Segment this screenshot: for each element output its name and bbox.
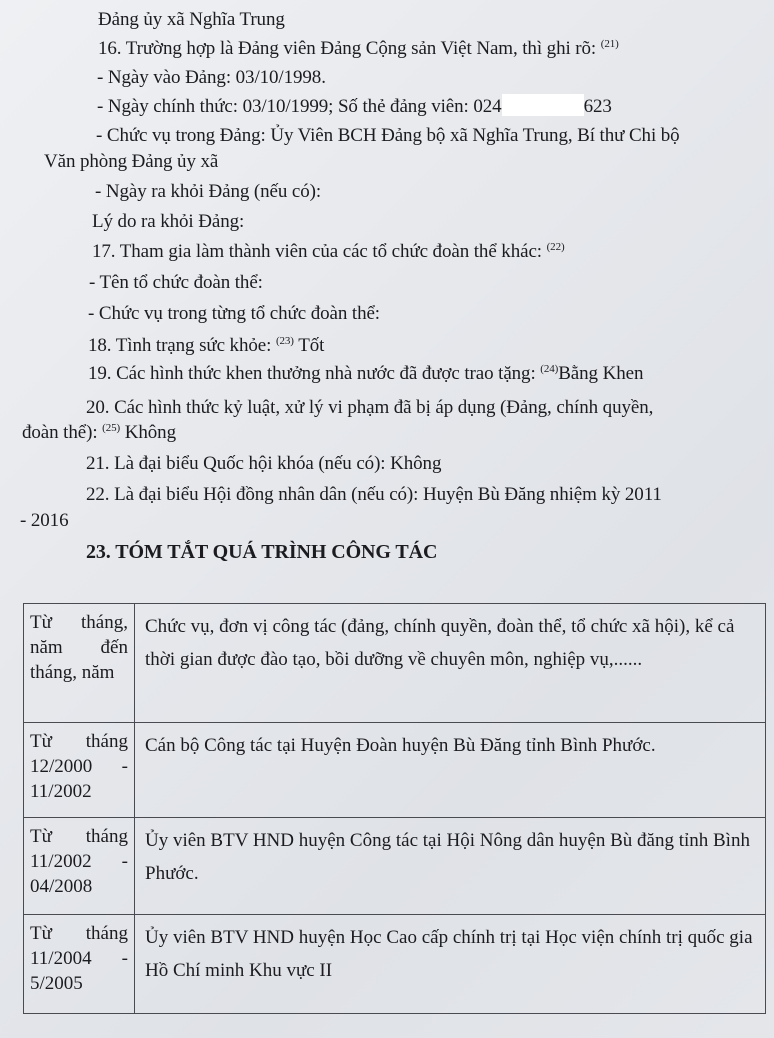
table-row: Từ tháng 11/2004 - 5/2005 Ủy viên BTV HN… xyxy=(24,915,766,1014)
item-20-line-2: đoàn thể): (25) Không xyxy=(22,421,176,445)
leave-date-line: - Ngày ra khỏi Đảng (nếu có): xyxy=(95,180,321,204)
item-17-line: 17. Tham gia làm thành viên của các tổ c… xyxy=(92,240,565,264)
table-row: Từ tháng 12/2000 - 11/2002 Cán bộ Công t… xyxy=(24,723,766,818)
description-cell: Cán bộ Công tác tại Huyện Đoàn huyện Bù … xyxy=(135,723,766,818)
table-row: Từ tháng 11/2002 - 04/2008 Ủy viên BTV H… xyxy=(24,818,766,915)
official-date-line: - Ngày chính thức: 03/10/1999; Số thẻ đả… xyxy=(97,94,612,119)
description-text: Ủy viên BTV HND huyện Học Cao cấp chính … xyxy=(145,927,753,981)
party-committee-line: Đảng ủy xã Nghĩa Trung xyxy=(98,8,285,32)
header-period-cell: Từ tháng, năm đến tháng, năm xyxy=(24,604,135,723)
description-cell: Ủy viên BTV HND huyện Học Cao cấp chính … xyxy=(135,915,766,1014)
item-21-line: 21. Là đại biểu Quốc hội khóa (nếu có): … xyxy=(86,452,441,476)
item-20-text: đoàn thể): xyxy=(22,422,98,443)
card-number-suffix: 623 xyxy=(584,96,612,117)
party-position-line-1: - Chức vụ trong Đảng: Ủy Viên BCH Đảng b… xyxy=(96,124,680,148)
period-cell: Từ tháng 11/2002 - 04/2008 xyxy=(24,818,135,915)
period-cell: Từ tháng 11/2004 - 5/2005 xyxy=(24,915,135,1014)
org-name-line: - Tên tổ chức đoàn thể: xyxy=(89,271,263,295)
item-19-line: 19. Các hình thức khen thưởng nhà nước đ… xyxy=(88,362,643,386)
join-date-line: - Ngày vào Đảng: 03/10/1998. xyxy=(97,66,326,90)
period-text: Từ tháng 11/2004 - 5/2005 xyxy=(30,921,128,996)
redacted-card-number xyxy=(502,94,584,116)
description-cell: Ủy viên BTV HND huyện Công tác tại Hội N… xyxy=(135,818,766,915)
description-text: Ủy viên BTV HND huyện Công tác tại Hội N… xyxy=(145,830,750,884)
footnote-21: (21) xyxy=(601,38,619,50)
section-23-heading: 23. TÓM TẮT QUÁ TRÌNH CÔNG TÁC xyxy=(86,540,437,564)
health-status-value: Tốt xyxy=(298,335,324,356)
item-19-text: 19. Các hình thức khen thưởng nhà nước đ… xyxy=(88,363,536,384)
item-17-text: 17. Tham gia làm thành viên của các tổ c… xyxy=(92,241,542,262)
period-text: Từ tháng 11/2002 - 04/2008 xyxy=(30,824,128,899)
description-text: Cán bộ Công tác tại Huyện Đoàn huyện Bù … xyxy=(145,735,656,756)
official-date-text: - Ngày chính thức: 03/10/1999; Số thẻ đả… xyxy=(97,96,502,117)
footnote-24: (24) xyxy=(540,363,558,375)
footnote-22: (22) xyxy=(547,241,565,253)
item-22-line-2: - 2016 xyxy=(20,509,68,533)
header-description-cell: Chức vụ, đơn vị công tác (đảng, chính qu… xyxy=(135,604,766,723)
item-20-line-1: 20. Các hình thức kỷ luật, xử lý vi phạm… xyxy=(86,396,653,420)
item-18-text: 18. Tình trạng sức khỏe: xyxy=(88,335,271,356)
discipline-value: Không xyxy=(125,422,176,443)
item-16-line: 16. Trường hợp là Đảng viên Đảng Cộng sả… xyxy=(98,37,619,61)
item-18-line: 18. Tình trạng sức khỏe: (23) Tốt xyxy=(88,334,324,358)
org-position-line: - Chức vụ trong từng tổ chức đoàn thể: xyxy=(88,302,380,326)
award-value: Bằng Khen xyxy=(558,363,643,384)
table-header-row: Từ tháng, năm đến tháng, năm Chức vụ, đơ… xyxy=(24,604,766,723)
work-history-table: Từ tháng, năm đến tháng, năm Chức vụ, đơ… xyxy=(23,603,766,1014)
header-description-text: Chức vụ, đơn vị công tác (đảng, chính qu… xyxy=(145,616,734,670)
leave-reason-line: Lý do ra khỏi Đảng: xyxy=(92,210,244,234)
footnote-25: (25) xyxy=(102,422,120,434)
period-text: Từ tháng 12/2000 - 11/2002 xyxy=(30,729,128,804)
party-position-line-2: Văn phòng Đảng ủy xã xyxy=(44,150,218,174)
period-cell: Từ tháng 12/2000 - 11/2002 xyxy=(24,723,135,818)
item-22-line-1: 22. Là đại biểu Hội đồng nhân dân (nếu c… xyxy=(86,483,662,507)
header-period-text: Từ tháng, năm đến tháng, năm xyxy=(30,610,128,685)
item-16-text: 16. Trường hợp là Đảng viên Đảng Cộng sả… xyxy=(98,38,596,59)
footnote-23: (23) xyxy=(276,335,294,347)
document-page: Đảng ủy xã Nghĩa Trung 16. Trường hợp là… xyxy=(0,0,774,1038)
